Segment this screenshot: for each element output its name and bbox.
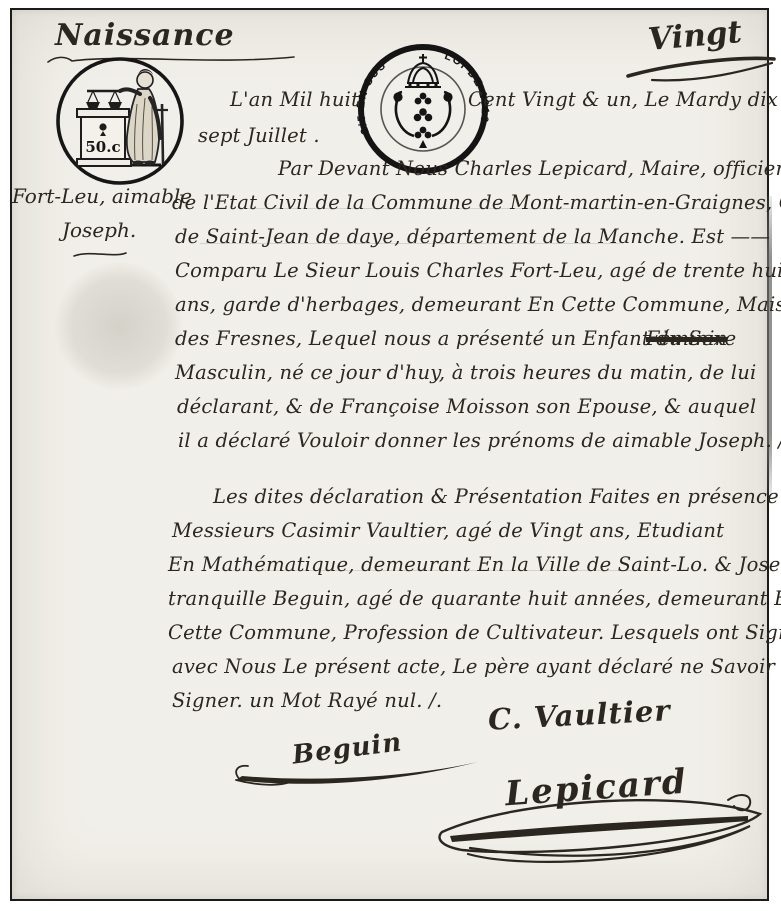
body-line: tranquille Beguin, agé de quarante huit … [168,587,781,610]
justice-scales-stamp-icon: 50.c [53,52,187,190]
embossed-seal [55,262,183,390]
beguin-flourish-icon [230,752,500,792]
stamp-denomination: 50.c [85,138,120,156]
body-line: L'an Mil huit [230,88,359,111]
body-line: déclarant, & de Françoise Moisson son Ep… [177,395,756,418]
body-line: de l'Etat Civil de la Commune de Mont-ma… [172,191,781,214]
body-line: ans, garde d'herbages, demeurant En Cett… [175,293,781,316]
body-line: Cette Commune, Profession de Cultivateur… [168,621,781,644]
body-line: de Saint-Jean de daye, département de la… [175,225,770,248]
act-type-header: Naissance [55,18,235,53]
struck-out-word: Féminin [646,327,728,350]
folio-flourish-icon [622,52,781,84]
body-line: En Mathématique, demeurant En la Ville d… [168,553,781,576]
margin-note-firstname: Joseph. [62,218,136,242]
body-line: Comparu Le Sieur Louis Charles Fort-Leu,… [175,259,781,282]
body-line: Les dites déclaration & Présentation Fai… [213,485,781,508]
body-line: Signer. un Mot Rayé nul. /. [172,689,442,712]
margin-note-flourish-icon [70,248,130,262]
body-line: avec Nous Le présent acte, Le père ayant… [172,655,775,678]
body-line: sept Juillet . [198,124,320,147]
body-line: Par Devant Nous Charles Lepicard, Maire,… [278,157,781,180]
margin-note-name: Fort-Leu, aimable [12,184,192,208]
body-line: Messieurs Casimir Vaultier, agé de Vingt… [172,519,724,542]
lepicard-flourish-icon [428,790,773,868]
scanned-birth-record: { "header": { "act_type": "Naissance", "… [0,0,781,911]
body-line: il a déclaré Vouloir donner les prénoms … [178,429,781,452]
body-line: Cent Vingt & un, Le Mardy dix [468,88,778,111]
body-line: Masculin, né ce jour d'huy, à trois heur… [175,361,756,384]
